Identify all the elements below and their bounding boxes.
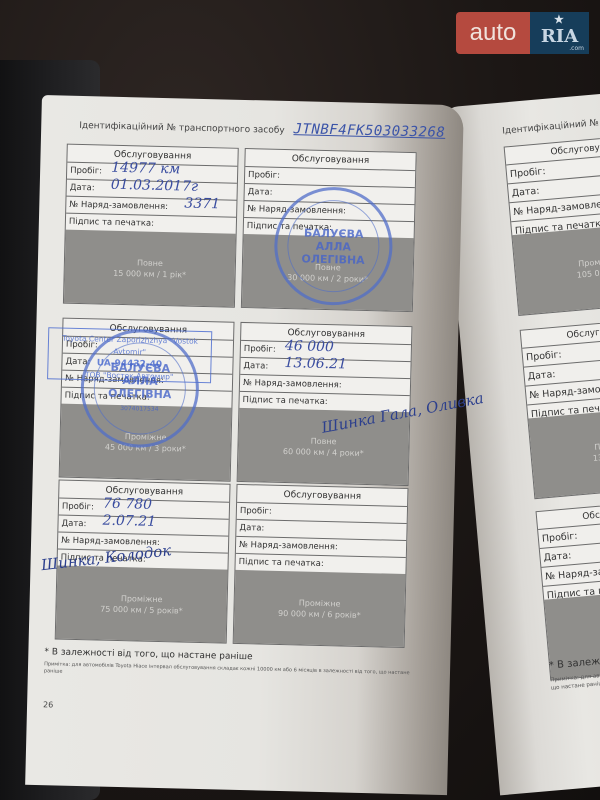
left-page: Ідентифікаційний № транспортного засобу … <box>25 95 464 795</box>
order-label: № Наряд-замовлення: <box>239 540 338 552</box>
mileage-label: Пробіг: <box>240 506 272 517</box>
service-type-footer: Проміжне 75 000 км / 5 років* <box>56 566 228 643</box>
service-type-footer: Проміжне 135 000 км <box>528 404 600 498</box>
service-interval: 15 000 км / 1 рік* <box>113 267 186 280</box>
order-label: № Наряд-замовлення: <box>243 378 342 390</box>
mileage-label: Пробіг: <box>244 344 276 355</box>
mileage-value: 76 780 <box>103 496 152 514</box>
vin-handwritten: JTNBF4FK503033268 <box>293 121 445 141</box>
footnote-note: Примітка: для автомобілів Toyota Hiace і… <box>44 661 414 684</box>
order-value: 3371 <box>184 196 220 214</box>
order-label: № Наряд-замовлення: <box>69 200 168 212</box>
stamp-name1: БАЛУЄВА <box>110 361 170 375</box>
watermark-suffix: .com <box>569 45 584 52</box>
date-value: 01.03.2017г <box>111 177 199 196</box>
service-type-footer: Повне 15 000 км / 1 рік* <box>64 230 236 307</box>
date-label: Дата: <box>248 187 273 198</box>
star-icon: ★ <box>554 13 564 26</box>
watermark-ria-text: RIA <box>541 26 578 47</box>
mileage-value: 14977 км <box>111 160 180 179</box>
service-card: Обслуговування Пробіг:46 000 Дата:13.06.… <box>237 322 413 486</box>
mileage-label: Пробіг: <box>70 166 102 177</box>
mileage-label: Пробіг: <box>248 170 280 181</box>
signature-label: Підпис та печатка: <box>242 395 327 407</box>
stamp-code: 3074017534 <box>120 402 158 416</box>
signature-label: Підпис та печатка: <box>239 557 324 569</box>
service-type-footer: Проміжне 90 000 км / 6 років* <box>234 570 406 647</box>
stamp-name2: АЛЛА <box>122 374 158 388</box>
vehicle-id-label: Ідентифікаційний № транспортного засобу <box>79 121 285 136</box>
stamp-name2: АЛЛА <box>316 239 352 253</box>
footnote: * В залежності від того, що настане рані… <box>44 647 252 662</box>
service-interval: 75 000 км / 5 років* <box>100 603 183 616</box>
service-card: Обслуговування Пробіг:14977 км Дата:01.0… <box>63 144 239 308</box>
service-type: Повне <box>311 435 337 447</box>
stamp-name3: ОЛЕГІВНА <box>301 252 365 267</box>
watermark-auto: auto <box>456 12 530 54</box>
right-page: Ідентифікаційний № Обслуговування Пробіг… <box>440 91 600 796</box>
service-interval: 60 000 км / 4 роки* <box>283 445 364 458</box>
stamp-name1: БАЛУЄВА <box>304 226 364 240</box>
autoria-watermark: auto ★ RIA .com <box>456 12 589 54</box>
date-label: Дата: <box>61 519 86 530</box>
vehicle-id-line: Ідентифікаційний № транспортного засобу … <box>79 116 445 141</box>
service-type: Проміжне <box>594 438 600 453</box>
date-label: Дата: <box>70 183 95 194</box>
mileage-label: Пробіг: <box>62 502 94 513</box>
mileage-value: 46 000 <box>285 338 334 356</box>
service-interval: 90 000 км / 6 років* <box>278 607 361 620</box>
service-card: Обслуговування Пробіг: Дата: № Наряд-зам… <box>233 484 409 648</box>
right-service-card: Обслуговування Пробіг: Дата: № Наряд-зам… <box>520 315 600 499</box>
right-id-label: Ідентифікаційний № <box>502 118 599 136</box>
date-label: Дата: <box>243 361 268 372</box>
stamp-name3: ОЛЕГІВНА <box>108 387 172 402</box>
page-number: 26 <box>43 700 53 709</box>
right-service-card: Обслуговування Пробіг: Дата: № Наряд-зам… <box>504 132 600 316</box>
date-value: 13.06.21 <box>284 355 347 374</box>
date-label: Дата: <box>239 523 264 534</box>
service-type: Повне <box>137 257 163 269</box>
watermark-ria: ★ RIA .com <box>530 12 589 54</box>
right-service-card: Обслуговування Пробіг: Дата: № Наряд-зам… <box>536 496 600 680</box>
service-type-footer: Проміжне 105 000 км <box>512 221 600 315</box>
date-value: 2.07.21 <box>102 513 156 531</box>
signature-label: Підпис та печатка: <box>69 217 154 229</box>
